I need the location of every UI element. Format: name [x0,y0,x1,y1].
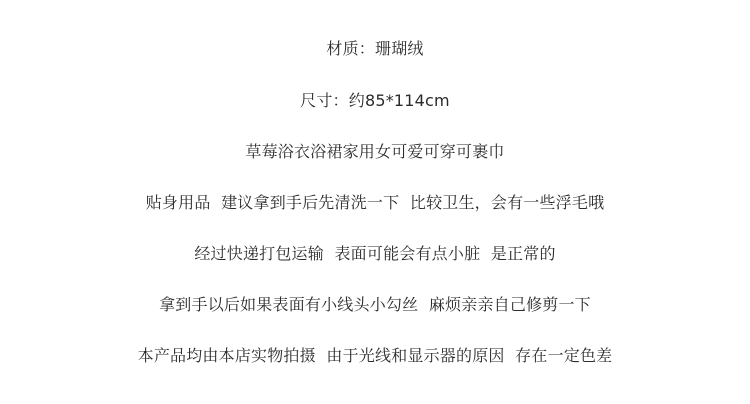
material-line: 材质：珊瑚绒 [0,39,750,59]
hygiene-note-line: 贴身用品 建议拿到手后先清洗一下 比较卫生，会有一些浮毛哦 [0,193,750,213]
color-difference-note-line: 本产品均由本店实物拍摄 由于光线和显示器的原因 存在一定色差 [0,346,750,366]
product-name-line: 草莓浴衣浴裙家用女可爱可穿可裹巾 [0,142,750,162]
loose-thread-note-line: 拿到手以后如果表面有小线头小勾丝 麻烦亲亲自己修剪一下 [0,295,750,315]
shipping-note-line: 经过快递打包运输 表面可能会有点小脏 是正常的 [0,244,750,264]
size-line: 尺寸：约85*114cm [0,91,750,111]
product-description: 材质：珊瑚绒 尺寸：约85*114cm 草莓浴衣浴裙家用女可爱可穿可裹巾 贴身用… [0,0,750,404]
